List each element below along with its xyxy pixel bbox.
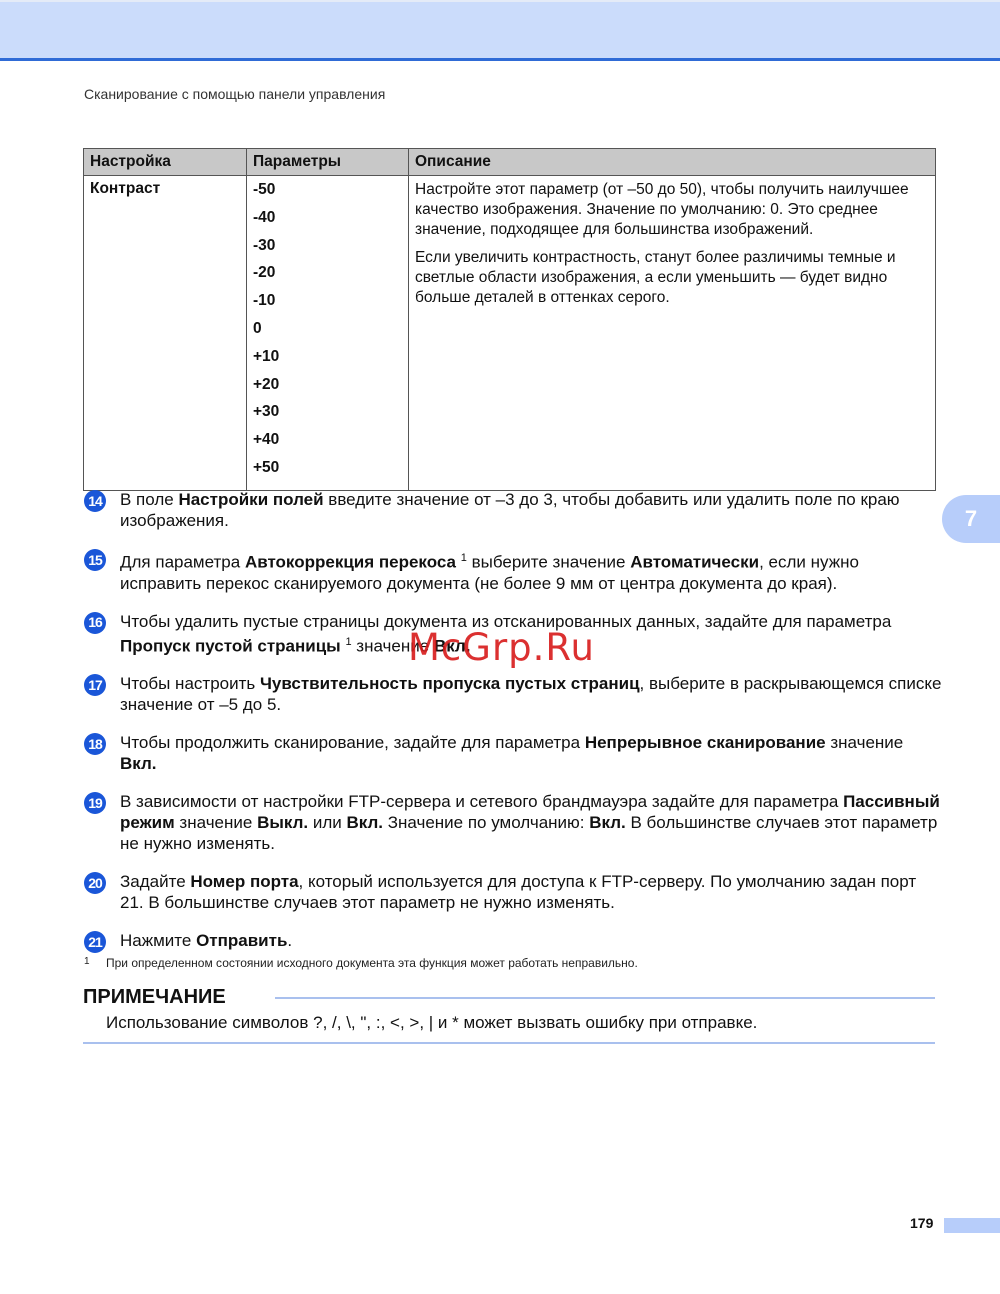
step-item: 15Для параметра Автокоррекция перекоса 1… (84, 548, 944, 594)
running-title: Сканирование с помощью панели управления (84, 86, 385, 102)
parameter-value: -50 (253, 180, 402, 208)
parameter-value: +50 (253, 458, 402, 486)
table-row: Контраст -50-40-30-20-100+10+20+30+40+50… (84, 176, 936, 491)
step-item: 14В поле Настройки полей введите значени… (84, 489, 944, 531)
step-text: В поле Настройки полей введите значение … (120, 489, 944, 531)
step-number-badge: 16 (84, 612, 106, 634)
step-number-badge: 15 (84, 549, 106, 571)
step-text: Нажмите Отправить. (120, 930, 292, 951)
footnote-text: При определенном состоянии исходного док… (106, 956, 638, 970)
ui-term: Выкл. (257, 813, 308, 832)
column-header-setting: Настройка (84, 149, 247, 176)
table-header-row: Настройка Параметры Описание (84, 149, 936, 176)
step-text-run: или (308, 813, 346, 832)
ui-term: Номер порта (190, 872, 298, 891)
ui-term: Пропуск пустой страницы (120, 636, 341, 655)
ui-term: Настройки полей (178, 490, 323, 509)
ui-term: Автокоррекция перекоса (245, 553, 456, 572)
step-item: 18Чтобы продолжить сканирование, задайте… (84, 732, 944, 774)
step-text-run: Для параметра (120, 553, 245, 572)
footnote-mark: 1 (84, 956, 106, 970)
note-text: Использование символов ?, /, \, ", :, <,… (106, 1013, 757, 1033)
step-item: 21Нажмите Отправить. (84, 930, 944, 953)
description-paragraph: Если увеличить контрастность, станут бол… (415, 248, 929, 308)
ui-term: Вкл. (589, 813, 626, 832)
step-text: В зависимости от настройки FTP-сервера и… (120, 791, 944, 854)
setting-name: Контраст (84, 176, 247, 491)
note-divider-top (275, 997, 935, 999)
step-number-badge: 20 (84, 872, 106, 894)
parameter-value: -40 (253, 208, 402, 236)
ui-term: Непрерывное сканирование (585, 733, 826, 752)
parameter-value: -30 (253, 236, 402, 264)
settings-table: Настройка Параметры Описание Контраст -5… (83, 148, 936, 491)
note-title: ПРИМЕЧАНИЕ (83, 986, 226, 1009)
ui-term: Чувствительность пропуска пустых страниц (260, 674, 640, 693)
step-text-run: В поле (120, 490, 178, 509)
ui-term: Отправить (196, 931, 287, 950)
parameter-value: 0 (253, 319, 402, 347)
parameter-value: -10 (253, 291, 402, 319)
step-item: 19В зависимости от настройки FTP-сервера… (84, 791, 944, 854)
steps-list: 14В поле Настройки полей введите значени… (84, 489, 944, 970)
step-item: 20Задайте Номер порта, который используе… (84, 871, 944, 913)
step-number-badge: 21 (84, 931, 106, 953)
ui-term: Автоматически (630, 553, 759, 572)
step-number-badge: 17 (84, 674, 106, 696)
header-rule (0, 58, 1000, 61)
description-paragraph: Настройте этот параметр (от –50 до 50), … (415, 180, 929, 240)
parameter-cell: -50-40-30-20-100+10+20+30+40+50 (247, 176, 409, 491)
watermark: McGrp.Ru (408, 626, 595, 669)
parameter-list: -50-40-30-20-100+10+20+30+40+50 (253, 180, 402, 486)
step-number-badge: 14 (84, 490, 106, 512)
page-number-bar (944, 1218, 1000, 1233)
step-text-run: выберите значение (467, 553, 630, 572)
step-text-run: Чтобы продолжить сканирование, задайте д… (120, 733, 585, 752)
step-text-run: значение (175, 813, 257, 832)
step-text: Чтобы настроить Чувствительность пропуск… (120, 673, 944, 715)
step-text-run: Задайте (120, 872, 190, 891)
step-text-run: значение (826, 733, 904, 752)
step-number-badge: 18 (84, 733, 106, 755)
step-text: Чтобы продолжить сканирование, задайте д… (120, 732, 944, 774)
step-item: 17Чтобы настроить Чувствительность пропу… (84, 673, 944, 715)
parameter-value: +30 (253, 402, 402, 430)
parameter-value: +10 (253, 347, 402, 375)
step-text-run: . (287, 931, 292, 950)
step-text: Задайте Номер порта, который используетс… (120, 871, 944, 913)
step-text: Для параметра Автокоррекция перекоса 1 в… (120, 548, 944, 594)
parameter-value: +40 (253, 430, 402, 458)
note-divider-bottom (83, 1042, 935, 1044)
header-band (0, 0, 1000, 58)
step-text-run: Нажмите (120, 931, 196, 950)
step-text-run: Чтобы настроить (120, 674, 260, 693)
page-number: 179 (910, 1215, 933, 1231)
parameter-value: -20 (253, 263, 402, 291)
ui-term: Вкл. (346, 813, 383, 832)
chapter-tab[interactable]: 7 (942, 495, 1000, 543)
step-number-badge: 19 (84, 792, 106, 814)
column-header-parameters: Параметры (247, 149, 409, 176)
footnote: 1 При определенном состоянии исходного д… (84, 956, 638, 970)
step-text-run: В зависимости от настройки FTP-сервера и… (120, 792, 843, 811)
column-header-description: Описание (409, 149, 936, 176)
step-text-run: Значение по умолчанию: (383, 813, 589, 832)
ui-term: Вкл. (120, 754, 157, 773)
description-cell: Настройте этот параметр (от –50 до 50), … (409, 176, 936, 491)
parameter-value: +20 (253, 375, 402, 403)
